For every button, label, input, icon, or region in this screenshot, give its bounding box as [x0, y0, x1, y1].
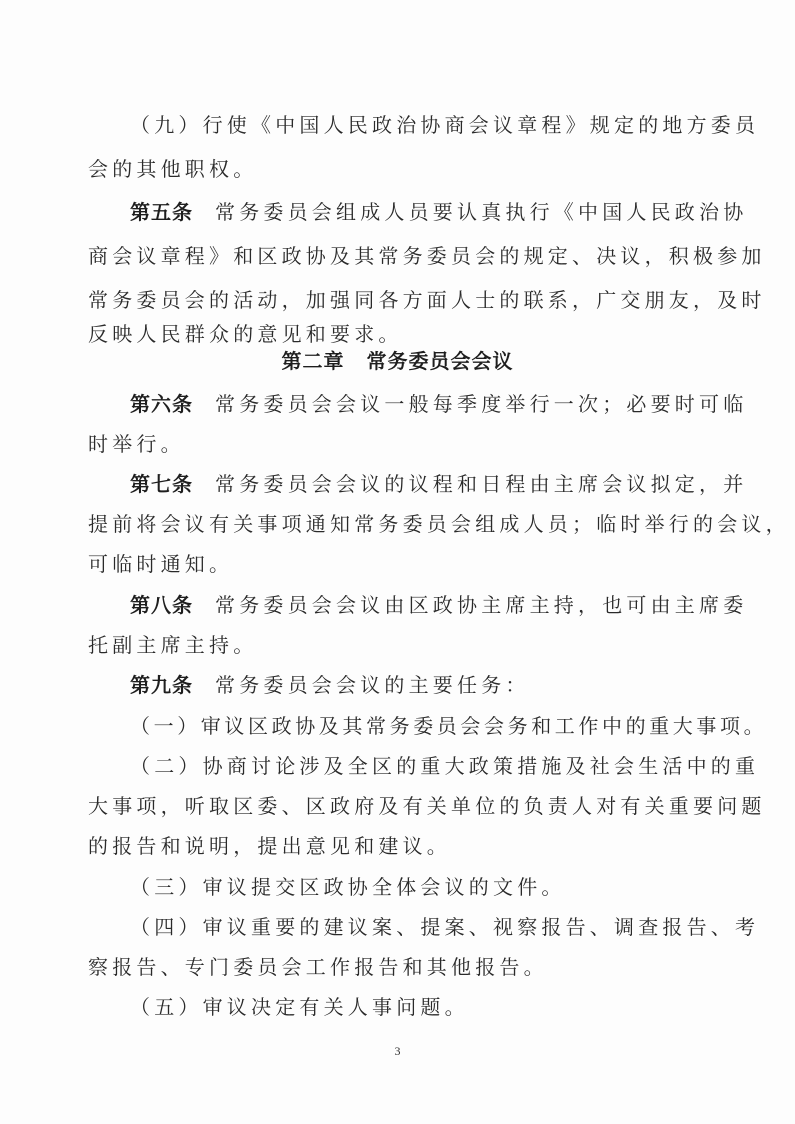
article-5-text: 常务委员会组成人员要认真执行《中国人民政治协	[215, 200, 747, 224]
article-7-label: 第七条	[130, 472, 193, 496]
task-4-line-2: 察报告、专门委员会工作报告和其他报告。	[88, 955, 708, 979]
chapter-heading: 第二章常务委员会会议	[0, 348, 795, 374]
article-7-line-2: 提前将会议有关事项通知常务委员会组成人员；临时举行的会议，	[88, 512, 708, 536]
article-5-line-4: 反映人民群众的意见和要求。	[88, 322, 708, 346]
article-7-line-1: 第七条常务委员会会议的议程和日程由主席会议拟定，并	[130, 472, 750, 496]
task-3-line-1: （三）审议提交区政协全体会议的文件。	[130, 875, 750, 899]
article-5-label: 第五条	[130, 200, 193, 224]
task-1-line-1: （一）审议区政协及其常务委员会会务和工作中的重大事项。	[130, 714, 750, 738]
task-5-line-1: （五）审议决定有关人事问题。	[130, 995, 750, 1019]
article-9-text: 常务委员会会议的主要任务：	[215, 673, 530, 697]
task-2-line-2: 大事项，听取区委、区政府及有关单位的负责人对有关重要问题	[88, 794, 708, 818]
page-number: 3	[0, 1044, 795, 1059]
article-9-line-1: 第九条常务委员会会议的主要任务：	[130, 673, 750, 697]
article-7-line-3: 可临时通知。	[88, 552, 708, 576]
article-8-text: 常务委员会会议由区政协主席主持，也可由主席委	[215, 593, 747, 617]
article-5-line-3: 常务委员会的活动，加强同各方面人士的联系，广交朋友，及时	[88, 288, 708, 312]
article-6-text: 常务委员会会议一般每季度举行一次；必要时可临	[215, 392, 747, 416]
article-6-label: 第六条	[130, 392, 193, 416]
task-4-line-1: （四）审议重要的建议案、提案、视察报告、调查报告、考	[130, 915, 750, 939]
item-9-line-2: 会的其他职权。	[88, 157, 708, 181]
article-5-line-2: 商会议章程》和区政协及其常务委员会的规定、决议，积极参加	[88, 244, 708, 268]
article-5-line-1: 第五条常务委员会组成人员要认真执行《中国人民政治协	[130, 200, 750, 224]
article-8-line-2: 托副主席主持。	[88, 633, 708, 657]
task-2-line-1: （二）协商讨论涉及全区的重大政策措施及社会生活中的重	[130, 754, 750, 778]
article-6-line-1: 第六条常务委员会会议一般每季度举行一次；必要时可临	[130, 392, 750, 416]
article-8-label: 第八条	[130, 593, 193, 617]
task-2-line-3: 的报告和说明，提出意见和建议。	[88, 834, 708, 858]
chapter-number: 第二章	[282, 349, 345, 373]
article-7-text: 常务委员会会议的议程和日程由主席会议拟定，并	[215, 472, 747, 496]
document-page: （九）行使《中国人民政治协商会议章程》规定的地方委员 会的其他职权。 第五条常务…	[0, 0, 795, 1124]
chapter-title: 常务委员会会议	[367, 349, 514, 373]
article-9-label: 第九条	[130, 673, 193, 697]
article-8-line-1: 第八条常务委员会会议由区政协主席主持，也可由主席委	[130, 593, 750, 617]
article-6-line-2: 时举行。	[88, 432, 708, 456]
item-9-line-1: （九）行使《中国人民政治协商会议章程》规定的地方委员	[130, 113, 750, 137]
